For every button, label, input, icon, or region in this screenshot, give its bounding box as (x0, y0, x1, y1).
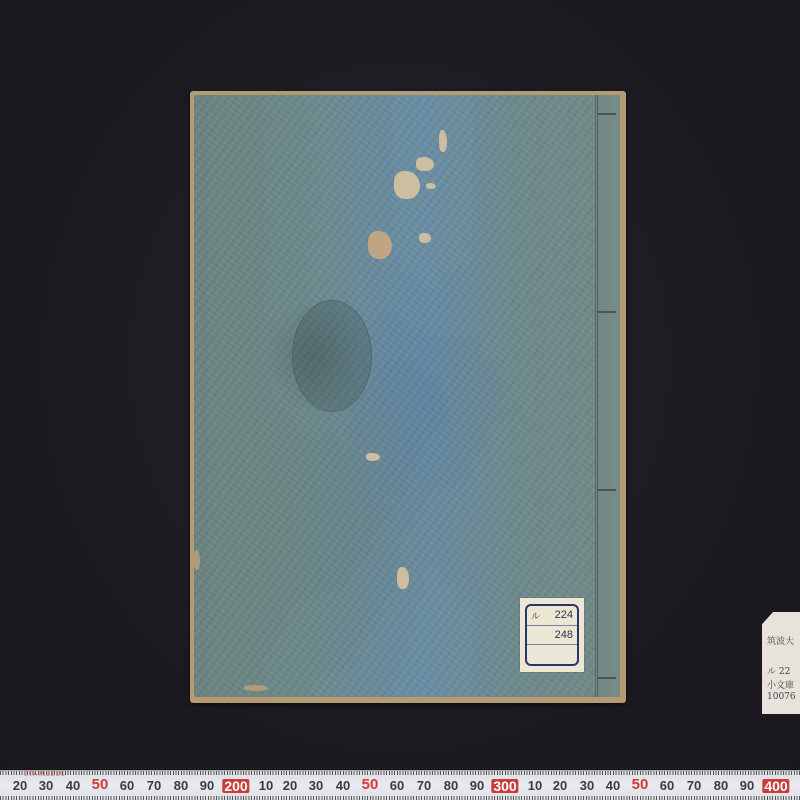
call-number-1: 224 (555, 609, 573, 621)
card-call-number: ル 22 (767, 664, 790, 677)
binding-thread (597, 311, 616, 313)
ruler-mark: 90 (200, 779, 214, 793)
ruler-mark: 60 (120, 779, 134, 793)
measuring-ruler: STAINLESS 203040506070809020010203040506… (0, 770, 800, 800)
ruler-mark: 80 (174, 779, 188, 793)
ruler-mark: 30 (580, 779, 594, 793)
ruler-mark: 50 (362, 778, 379, 792)
card-id: 10076 (767, 692, 796, 702)
worn-spot (426, 183, 436, 189)
call-row (527, 645, 577, 664)
ruler-mark: 400 (762, 779, 789, 793)
ruler-mark: 300 (491, 779, 518, 793)
ruler-mark: 10 (259, 779, 273, 793)
ruler-mark: 70 (687, 779, 701, 793)
call-prefix: ル (531, 609, 540, 622)
binding-fold-line (597, 95, 598, 697)
ruler-ticks (0, 771, 800, 775)
ruler-mark: 30 (39, 779, 53, 793)
ruler-mark: 40 (336, 779, 350, 793)
ruler-mark: 70 (417, 779, 431, 793)
ruler-mark: 90 (470, 779, 484, 793)
ruler-mark: 80 (444, 779, 458, 793)
call-row: ル 224 (527, 606, 577, 626)
card-institution: 筑波大 (767, 634, 794, 647)
ruler-mark: 50 (92, 778, 109, 792)
call-number-label: ル 224 248 (520, 598, 584, 672)
worn-spot (366, 453, 380, 461)
ruler-mark: 90 (740, 779, 754, 793)
worn-spot (368, 231, 392, 259)
ruler-mark: 50 (632, 778, 649, 792)
binding-thread (597, 489, 616, 491)
worn-edge (194, 550, 200, 570)
binding-thread (597, 677, 616, 679)
worn-spot (416, 157, 434, 171)
worn-spot (439, 130, 447, 152)
worn-spot (419, 233, 431, 243)
ruler-mark: 10 (528, 779, 542, 793)
binding-strip (595, 95, 620, 697)
ruler-ticks (0, 796, 800, 800)
ruler-mark: 70 (147, 779, 161, 793)
binding-thread (597, 113, 616, 115)
book: ル 224 248 (190, 91, 626, 703)
call-row: 248 (527, 626, 577, 646)
ruler-mark: 40 (66, 779, 80, 793)
ruler-mark: 80 (714, 779, 728, 793)
ruler-mark: 40 (606, 779, 620, 793)
ruler-mark: 20 (13, 779, 27, 793)
worn-spot (397, 567, 409, 589)
call-number-2: 248 (555, 629, 573, 641)
ruler-mark: 30 (309, 779, 323, 793)
worn-edge (244, 685, 268, 691)
ruler-mark: 20 (283, 779, 297, 793)
worn-spot (394, 171, 420, 199)
ruler-mark: 200 (222, 779, 249, 793)
collection-card: 筑波大 ル 22 小文庫 10076 (762, 612, 800, 714)
ruler-mark: 60 (660, 779, 674, 793)
ruler-mark: 60 (390, 779, 404, 793)
ruler-mark: 20 (553, 779, 567, 793)
card-collection: 小文庫 (767, 678, 794, 691)
water-stain (292, 300, 372, 412)
